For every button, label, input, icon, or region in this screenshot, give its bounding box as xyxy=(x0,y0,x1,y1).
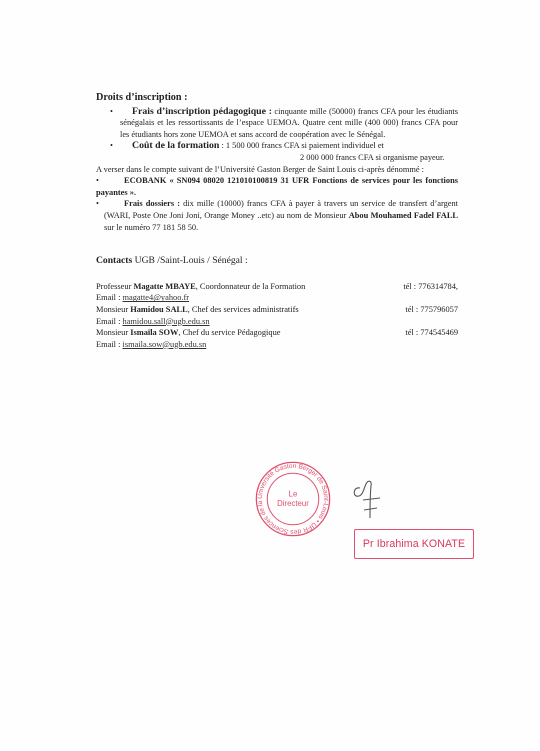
fee-item-pedagogical: • Frais d’inscription pédagogique : cinq… xyxy=(96,106,458,141)
email-link[interactable]: ismaila.sow@ugb.edu.sn xyxy=(123,340,207,349)
file-fees-text-end: sur le numéro 77 181 58 50. xyxy=(104,223,198,232)
official-stamp-icon: Université Gaston Berger de Saint-Louis … xyxy=(254,460,332,538)
contact-phone: 775796057 xyxy=(420,305,458,314)
svg-text:Le: Le xyxy=(289,490,298,499)
bullet-icon: • xyxy=(96,175,99,187)
account-intro: A verser dans le compte suivant de l’Uni… xyxy=(96,164,458,176)
contact-name: Ismaïla SOW xyxy=(130,328,178,337)
svg-text:Directeur: Directeur xyxy=(277,499,309,508)
bullet-icon: • xyxy=(110,140,113,152)
bank-account-item: • ECOBANK « SN094 08020 121010100819 31 … xyxy=(96,175,458,198)
bank-account-text: ECOBANK « SN094 08020 121010100819 31 UF… xyxy=(96,175,458,198)
fees-heading: Droits d’inscription : xyxy=(96,92,458,104)
contacts-list: Professeur Magatte MBAYE, Coordonnateur … xyxy=(96,281,458,351)
fee-text-line2: 2 000 000 francs CFA si organisme payeur… xyxy=(120,152,458,164)
email-link[interactable]: magatte4@yahoo.fr xyxy=(123,293,190,302)
file-fees-label: Frais dossiers : xyxy=(124,199,180,208)
contact-phone: 776314784, xyxy=(418,282,458,291)
bullet-icon: • xyxy=(96,198,99,210)
contact-coordinator: Professeur Magatte MBAYE, Coordonnateur … xyxy=(96,281,458,304)
contact-name: Magatte MBAYE xyxy=(133,282,195,291)
fee-item-training-cost: • Coût de la formation : 1 500 000 franc… xyxy=(96,140,458,163)
bullet-icon: • xyxy=(110,106,113,118)
file-fees-item: • Frais dossiers : dix mille (10000) fra… xyxy=(96,198,458,233)
contacts-title: Contacts UGB /Saint-Louis / Sénégal : xyxy=(96,255,458,267)
payee-name: Abou Mouhamed Fadel FALL xyxy=(349,211,458,220)
email-link[interactable]: hamidou.sall@ugb.edu.sn xyxy=(123,317,210,326)
contact-phone: 774545469 xyxy=(420,328,458,337)
signature-icon xyxy=(350,474,390,524)
contact-name: Hamidou SALL xyxy=(130,305,187,314)
contact-admin: Monsieur Hamidou SALL, Chef des services… xyxy=(96,304,458,327)
fee-label: Coût de la formation xyxy=(132,140,219,151)
fee-text-line1: : 1 500 000 francs CFA si paiement indiv… xyxy=(219,141,384,150)
document-page: Droits d’inscription : • Frais d’inscrip… xyxy=(0,0,540,751)
fee-label: Frais d’inscription pédagogique : xyxy=(132,106,272,117)
document-body: Droits d’inscription : • Frais d’inscrip… xyxy=(96,92,458,350)
signatory-name-stamp: Pr Ibrahima KONATE xyxy=(354,529,474,559)
contact-pedagogy: Monsieur Ismaïla SOW, Chef du service Pé… xyxy=(96,327,458,350)
